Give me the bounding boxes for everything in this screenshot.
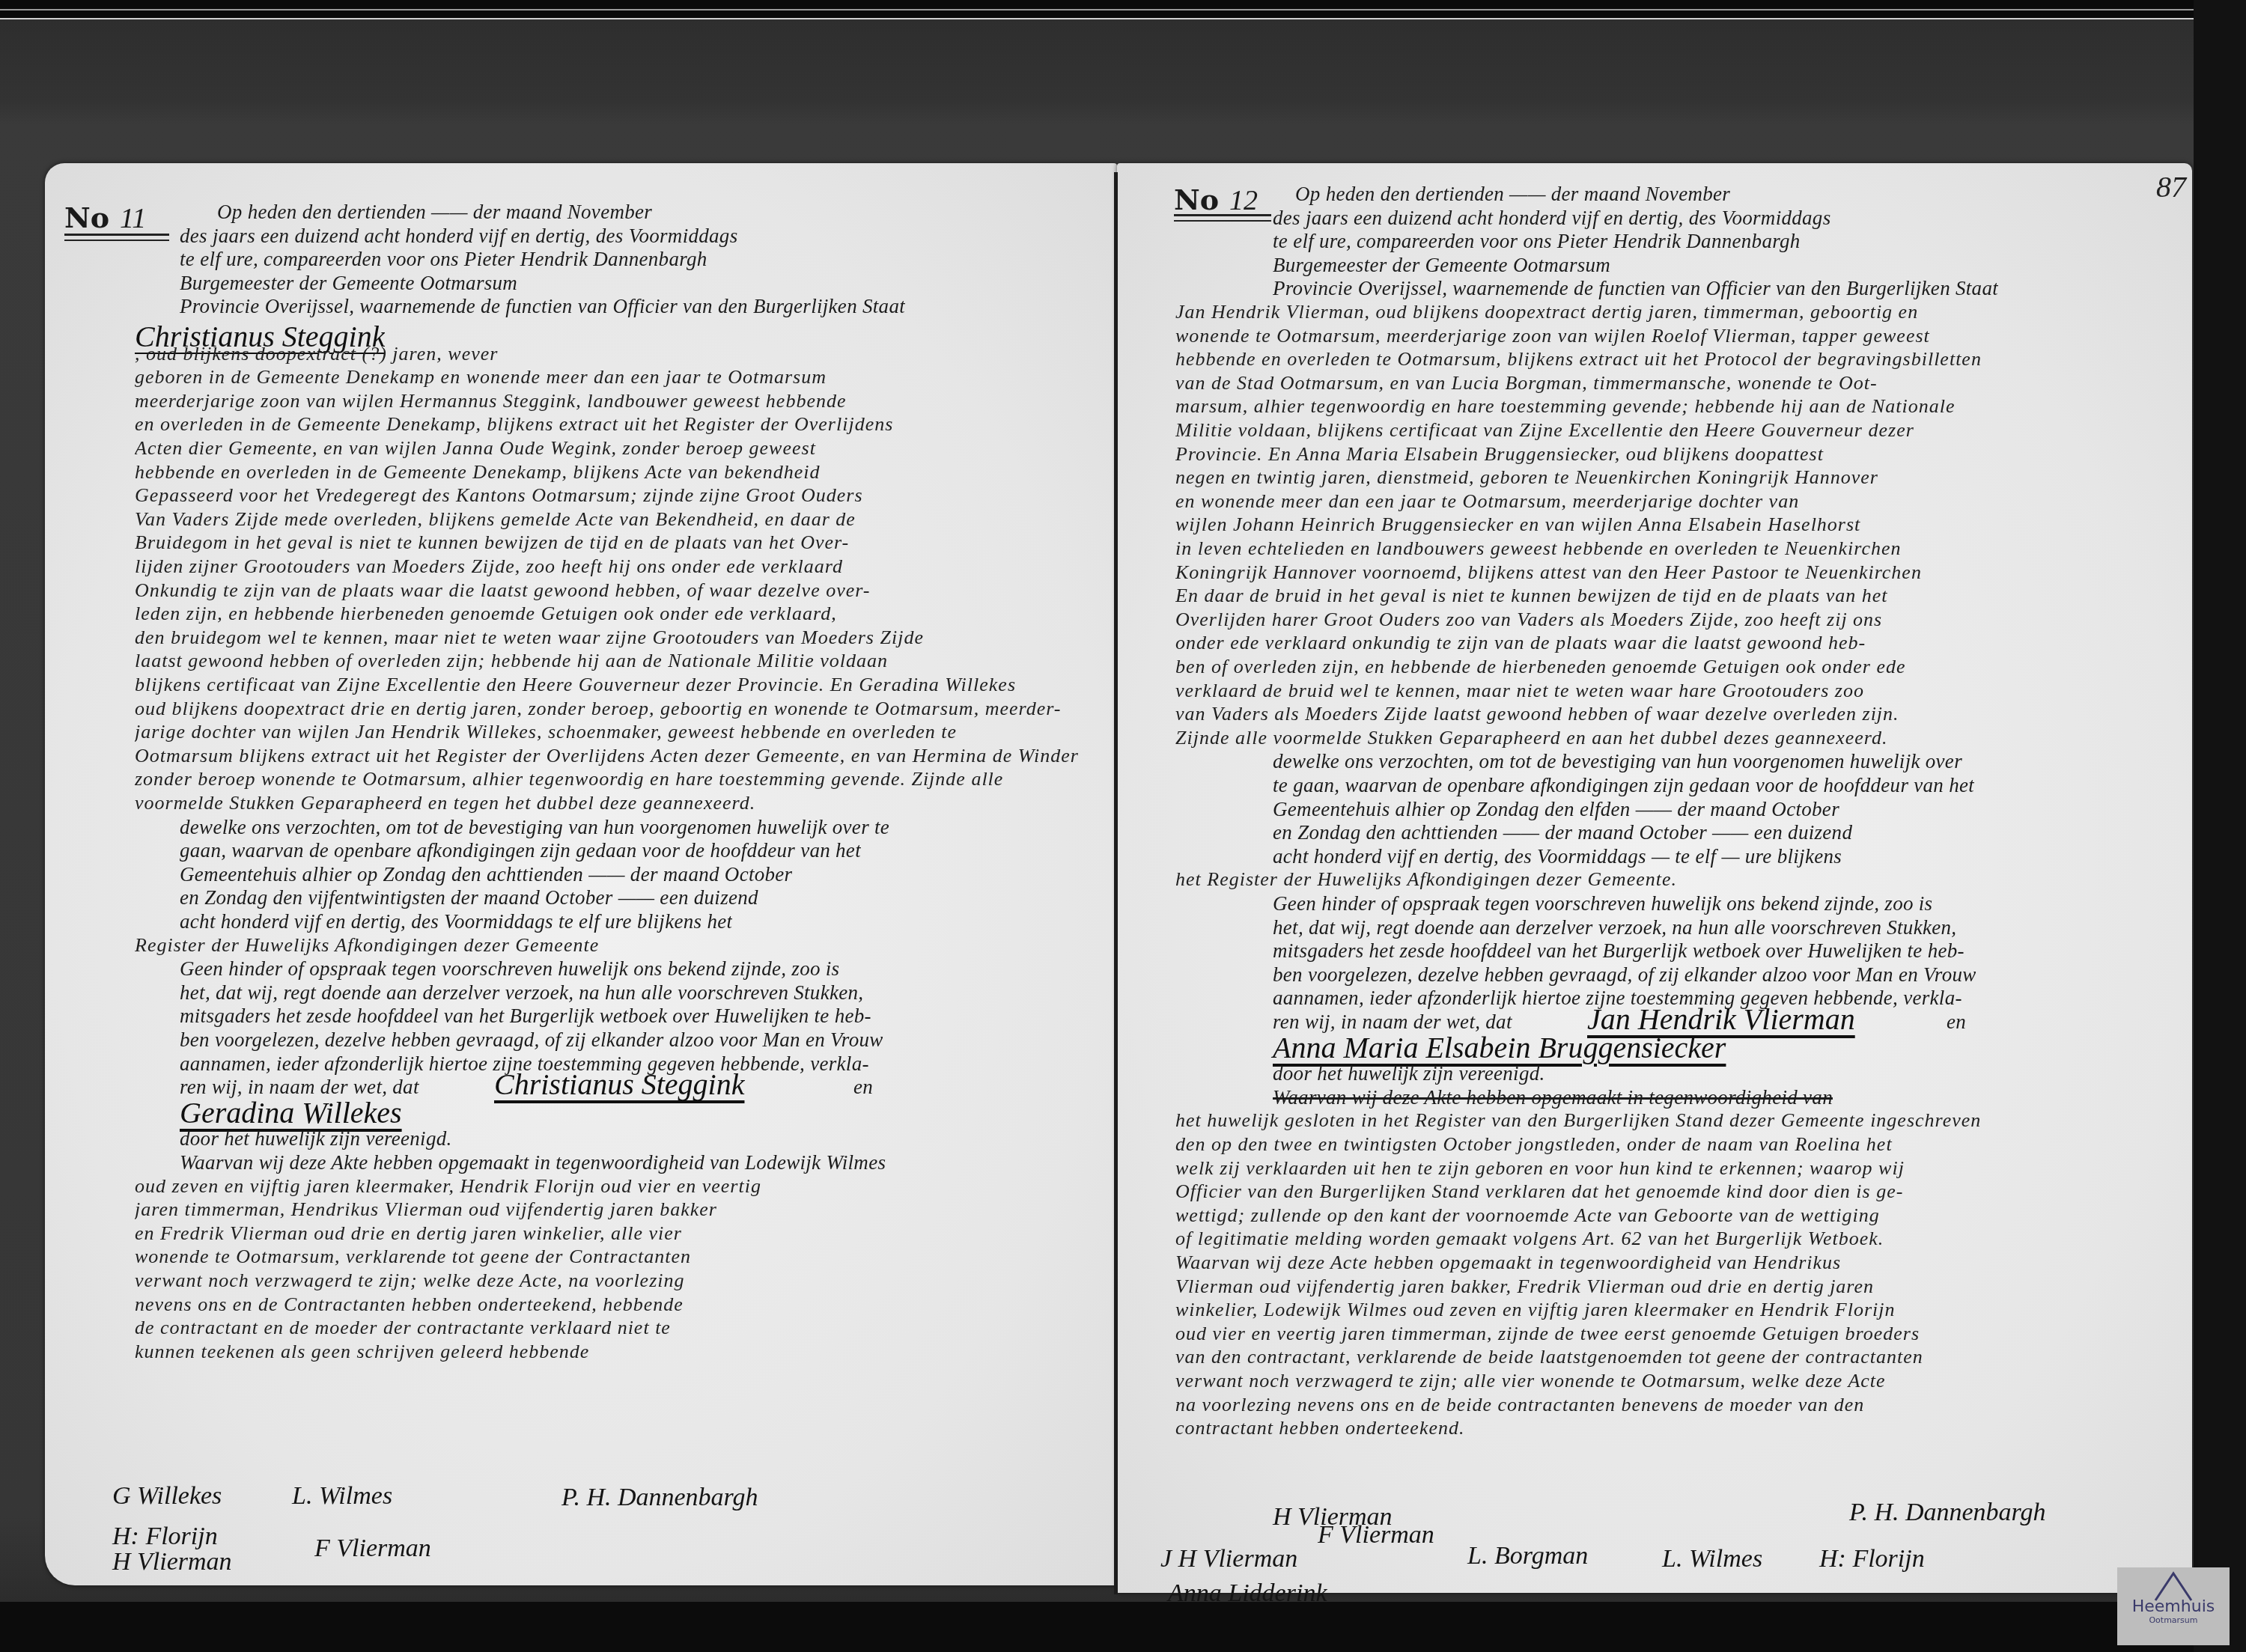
text-line: kunnen teekenen als geen schrijven gelee… [135,1341,589,1363]
signature: G Willekes [112,1482,222,1511]
text-line: onder ede verklaard onkundig te zijn van… [1175,632,1866,654]
text-line: oud zeven en vijftig jaren kleermaker, H… [135,1175,761,1198]
text-line: des jaars een duizend acht honderd vijf … [1273,207,1830,230]
text-line: Overlijden harer Groot Ouders zoo van Va… [1175,609,1882,631]
text-line: voormelde Stukken Geparapheerd en tegen … [135,792,755,814]
text-line: oud blijkens doopextract drie en dertig … [135,698,1061,720]
text-line: Bruidegom in het geval is niet te kunnen… [135,531,849,554]
text-line: lijden zijner Grootouders van Moeders Zi… [135,555,843,578]
text-line: blijkens certificaat van Zijne Excellent… [135,674,1016,696]
entry-number-11: No11 [64,201,146,235]
text-line: contractant hebben onderteekend. [1175,1417,1465,1439]
folio-number: 87 [2156,169,2186,204]
text-line: ben voorgelezen, dezelve hebben gevraagd… [1273,963,1976,987]
text-line: Geen hinder of opspraak tegen voorschrev… [180,957,839,981]
conjunction: en [853,1076,873,1099]
text-line: Waarvan wij deze Acte hebben opgemaakt i… [1175,1252,1841,1274]
text-line: na voorlezing nevens ons en de beide con… [1175,1394,1864,1416]
entry-number-value: 11 [120,203,146,234]
text-line: Burgemeester der Gemeente Ootmarsum [180,272,517,295]
text-line: te gaan, waarvan de openbare afkondiging… [1273,774,1974,797]
text-line: Ootmarsum blijkens extract uit het Regis… [135,745,1079,767]
entry-number-12: No12 [1174,183,1258,217]
text-line: den bruidegom wel te kennen, maar niet t… [135,627,924,649]
text-line: Gepasseerd voor het Vredegeregt des Kant… [135,484,863,507]
text-line: jaren timmerman, Hendrikus Vlierman oud … [135,1198,717,1221]
entry-number-rule [1174,214,1271,222]
text-line: in leven echtelieden en landbouwers gewe… [1175,537,1901,560]
conjunction: en [1947,1011,1966,1034]
text-line: en wonende meer dan een jaar te Ootmarsu… [1175,490,1799,513]
groom-name: Christianus Steggink [494,1067,744,1102]
text-line: Provincie Overijssel, waarnemende de fun… [1273,277,1998,300]
text-line: den op den twee en twintigsten October j… [1175,1133,1893,1156]
text-line: leden zijn, en hebbende hierbeneden geno… [135,603,837,625]
text-line: en Zondag den achttienden —— der maand O… [1273,821,1852,844]
text-line: Provincie. En Anna Maria Elsabein Brugge… [1175,443,1824,466]
text-line: Van Vaders Zijde mede overleden, blijken… [135,508,856,531]
scanner-frame-bottom [0,1602,2246,1652]
text-line: te elf ure, compareerden voor ons Pieter… [180,248,707,271]
text-line: wijlen Johann Heinrich Bruggensiecker en… [1175,513,1860,536]
text-line: en Zondag den vijfentwintigsten der maan… [180,886,758,909]
text-line: ben voorgelezen, dezelve hebben gevraagd… [180,1028,883,1052]
scanner-frame-top [0,9,2246,19]
text-line: mitsgaders het zesde hoofddeel van het B… [180,1005,871,1028]
signature: F Vlierman [1318,1521,1434,1549]
signature: J H Vlierman [1160,1545,1297,1573]
text-line: het, dat wij, regt doende aan derzelver … [1273,916,1956,939]
text-line: gaan, waarvan de openbare afkondigingen … [180,839,861,862]
text-line: Geen hinder of opspraak tegen voorschrev… [1273,892,1932,915]
text-line: , oud blijkens doopextract (?) jaren, we… [135,343,498,365]
text-line: mitsgaders het zesde hoofddeel van het B… [1273,939,1965,963]
watermark-town: Ootmarsum [2117,1615,2230,1625]
text-line: van den contractant, verklarende de beid… [1175,1346,1923,1368]
signature: F Vlierman [314,1534,431,1563]
text-line: Jan Hendrik Vlierman, oud blijkens doope… [1175,301,1918,323]
bride-name: Anna Maria Elsabein Bruggensiecker [1273,1030,1726,1065]
text-line: de contractant en de moeder der contract… [135,1317,671,1339]
text-line: negen en twintig jaren, dienstmeid, gebo… [1175,466,1878,489]
signature: Anna Lidderink [1168,1579,1327,1608]
text-line: Provincie Overijssel, waarnemende de fun… [180,295,905,318]
text-line: van de Stad Ootmarsum, en van Lucia Borg… [1175,372,1878,394]
text-line: Officier van den Burgerlijken Stand verk… [1175,1180,1903,1203]
text-line: Onkundig te zijn van de plaats waar die … [135,579,871,602]
signature: H Vlierman [112,1548,232,1576]
text-line: verwant noch verzwagerd te zijn; welke d… [135,1270,685,1292]
text-line: wonende te Ootmarsum, meerderjarige zoon… [1175,325,1930,347]
text-line: te elf ure, compareerden voor ons Pieter… [1273,230,1801,253]
text-line: ben of overleden zijn, en hebbende de hi… [1175,656,1906,678]
text-line: hebbende en overleden te Ootmarsum, blij… [1175,348,1982,371]
signature: P. H. Dannenbargh [561,1484,758,1512]
text-line: wonende te Ootmarsum, verklarende tot ge… [135,1246,691,1268]
text-line: winkelier, Lodewijk Wilmes oud zeven en … [1175,1299,1896,1321]
signature: L. Wilmes [292,1482,392,1511]
text-line: verklaard de bruid wel te kennen, maar n… [1175,680,1864,702]
text-line: wettigd; zullende op den kant der voorno… [1175,1204,1880,1227]
entry-number-label: No [1174,183,1219,216]
text-line: hebbende en overleden in de Gemeente Den… [135,461,821,484]
text-line: Op heden den dertienden —— der maand Nov… [1295,183,1730,206]
signature: H: Florijn [1819,1545,1925,1573]
text-line: dewelke ons verzochten, om tot de bevest… [1273,750,1962,773]
text-line: Vlierman oud vijfendertig jaren bakker, … [1175,1275,1874,1298]
signature: P. H. Dannenbargh [1849,1499,2046,1527]
text-line: Burgemeester der Gemeente Ootmarsum [1273,254,1610,277]
text-line: door het huwelijk zijn vereenigd. [1273,1062,1545,1085]
text-line: acht honderd vijf en dertig, des Voormid… [180,910,732,933]
text-line: En daar de bruid in het geval is niet te… [1175,585,1888,607]
text-line: Militie voldaan, blijkens certificaat va… [1175,419,1914,442]
text-line: nevens ons en de Contractanten hebben on… [135,1293,684,1316]
signature: H: Florijn [112,1523,218,1551]
text-line: oud vier en veertig jaren timmerman, zij… [1175,1323,1920,1345]
text-line: jarige dochter van wijlen Jan Hendrik Wi… [135,721,957,743]
text-line: Waarvan wij deze Akte hebben opgemaakt i… [180,1151,886,1174]
text-line: zonder beroep wonende te Ootmarsum, alhi… [135,768,1003,790]
entry-number-value: 12 [1229,185,1258,216]
text-line: van Vaders als Moeders Zijde laatst gewo… [1175,703,1899,725]
text-line: meerderjarige zoon van wijlen Hermannus … [135,390,847,412]
text-line: het huwelijk gesloten in het Register va… [1175,1109,1981,1132]
text-line: door het huwelijk zijn vereenigd. [180,1127,452,1150]
signature: L. Wilmes [1662,1545,1762,1573]
text-line: en overleden in de Gemeente Denekamp, bl… [135,413,893,436]
bride-name: Geradina Willekes [180,1095,402,1130]
text-line: Koningrijk Hannover voornoemd, blijkens … [1175,561,1922,584]
entry-number-label: No [64,201,109,234]
text-line: geboren in de Gemeente Denekamp en wonen… [135,366,827,388]
text-line: Acten dier Gemeente, en van wijlen Janna… [135,437,816,460]
text-line: welk zij verklaarden uit hen te zijn geb… [1175,1157,1905,1180]
text-line: des jaars een duizend acht honderd vijf … [180,225,737,248]
text-line: verwant noch verzwagerd te zijn; alle vi… [1175,1370,1886,1392]
text-line: Gemeentehuis alhier op Zondag den achtti… [180,863,792,886]
text-line: Gemeentehuis alhier op Zondag den elfden… [1273,798,1839,821]
text-line: of legitimatie melding worden gemaakt vo… [1175,1228,1884,1250]
text-line: het, dat wij, regt doende aan derzelver … [180,981,863,1005]
entry-number-rule [64,234,169,241]
text-line: marsum, alhier tegenwoordig en hare toes… [1175,395,1956,418]
text-line: het Register der Huwelijks Afkondigingen… [1175,868,1677,891]
watermark-brand: Heemhuis [2117,1599,2230,1615]
text-line: Op heden den dertienden —— der maand Nov… [217,201,652,224]
signature: L. Borgman [1467,1542,1588,1570]
text-line: acht honderd vijf en dertig, des Voormid… [1273,845,1842,868]
text-line: Waarvan wij deze Akte hebben opgemaakt i… [1273,1086,1833,1109]
heemhuis-watermark: Heemhuis Ootmarsum [2117,1567,2230,1645]
scanner-frame-right [2194,0,2246,1652]
text-line: laatst gewoond hebben of overleden zijn;… [135,650,888,672]
text-line: dewelke ons verzochten, om tot de bevest… [180,816,889,839]
text-line: Register der Huwelijks Afkondigingen dez… [135,934,599,957]
text-line: Zijnde alle voormelde Stukken Geparaphee… [1175,727,1887,749]
book-gutter [1114,172,1118,1594]
text-line: en Fredrik Vlierman oud drie en dertig j… [135,1222,682,1245]
